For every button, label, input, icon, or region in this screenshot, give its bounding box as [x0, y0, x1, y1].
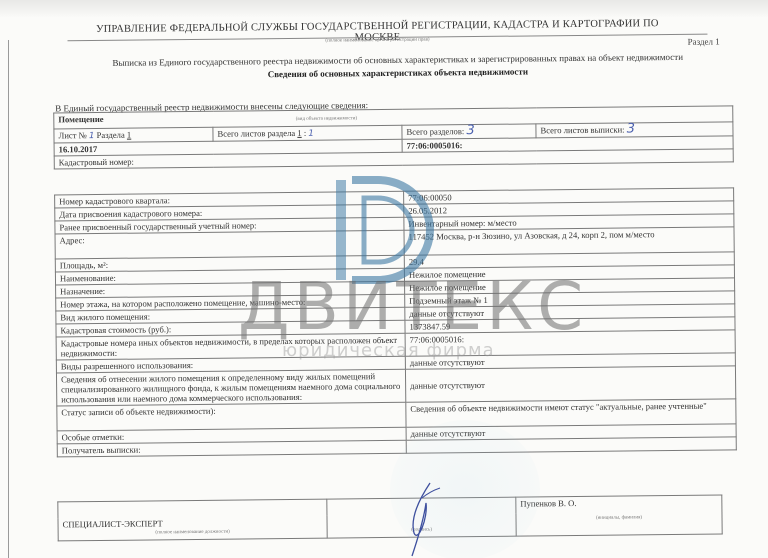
object-type: Помещение [58, 114, 103, 124]
section-label: Раздел 1 [687, 36, 719, 46]
field-label: Статус записи об объекте недвижимости): [57, 402, 406, 431]
total-section-sheets-section: 1 [297, 128, 301, 138]
handwritten-signature-icon [400, 478, 450, 558]
position-value-cell: СПЕЦИАЛИСТ-ЭКСПЕРТ (полное наименование … [58, 516, 327, 541]
sheet-number: 1 [89, 131, 95, 141]
total-section-sheets-label: Всего листов раздела [217, 128, 295, 139]
total-extract-sheets-value: 3 [627, 121, 635, 136]
sheet-label: Лист № [58, 130, 86, 140]
of-section-label: Раздела [97, 130, 125, 140]
field-label: Получатель выписки: [57, 440, 406, 457]
name-caption-cell: (инициалы, фамилия) [516, 511, 722, 536]
watermark-tagline: юридическая фирма [282, 340, 495, 361]
total-sections-value: 3 [466, 123, 474, 138]
name-caption: (инициалы, фамилия) [520, 513, 717, 525]
total-sections-cell: Всего разделов: 3 [402, 124, 536, 139]
signer-position: СПЕЦИАЛИСТ-ЭКСПЕРТ [62, 518, 162, 529]
field-value: данные отсутствуют [405, 366, 735, 402]
field-value: 117452 Москва, р-н Зюзино, ул Азовская, … [404, 227, 734, 255]
of-section-value: 1 [127, 130, 131, 140]
object-type-caption: (вид объекта недвижимости) [296, 116, 357, 122]
watermark-brand: ДВИТЕКС [238, 268, 587, 345]
total-sections-label: Всего разделов: [406, 126, 464, 137]
total-section-sheets-value: 1 [308, 129, 314, 139]
field-label: Сведения об отнесении жилого помещения к… [56, 369, 405, 406]
total-extract-sheets-label: Всего листов выписки: [540, 124, 624, 135]
object-header-table: Помещение (вид объекта недвижимости) Лис… [53, 105, 734, 169]
signature-table: Пупенков В. О. СПЕЦИАЛИСТ-ЭКСПЕРТ (полно… [57, 494, 722, 541]
